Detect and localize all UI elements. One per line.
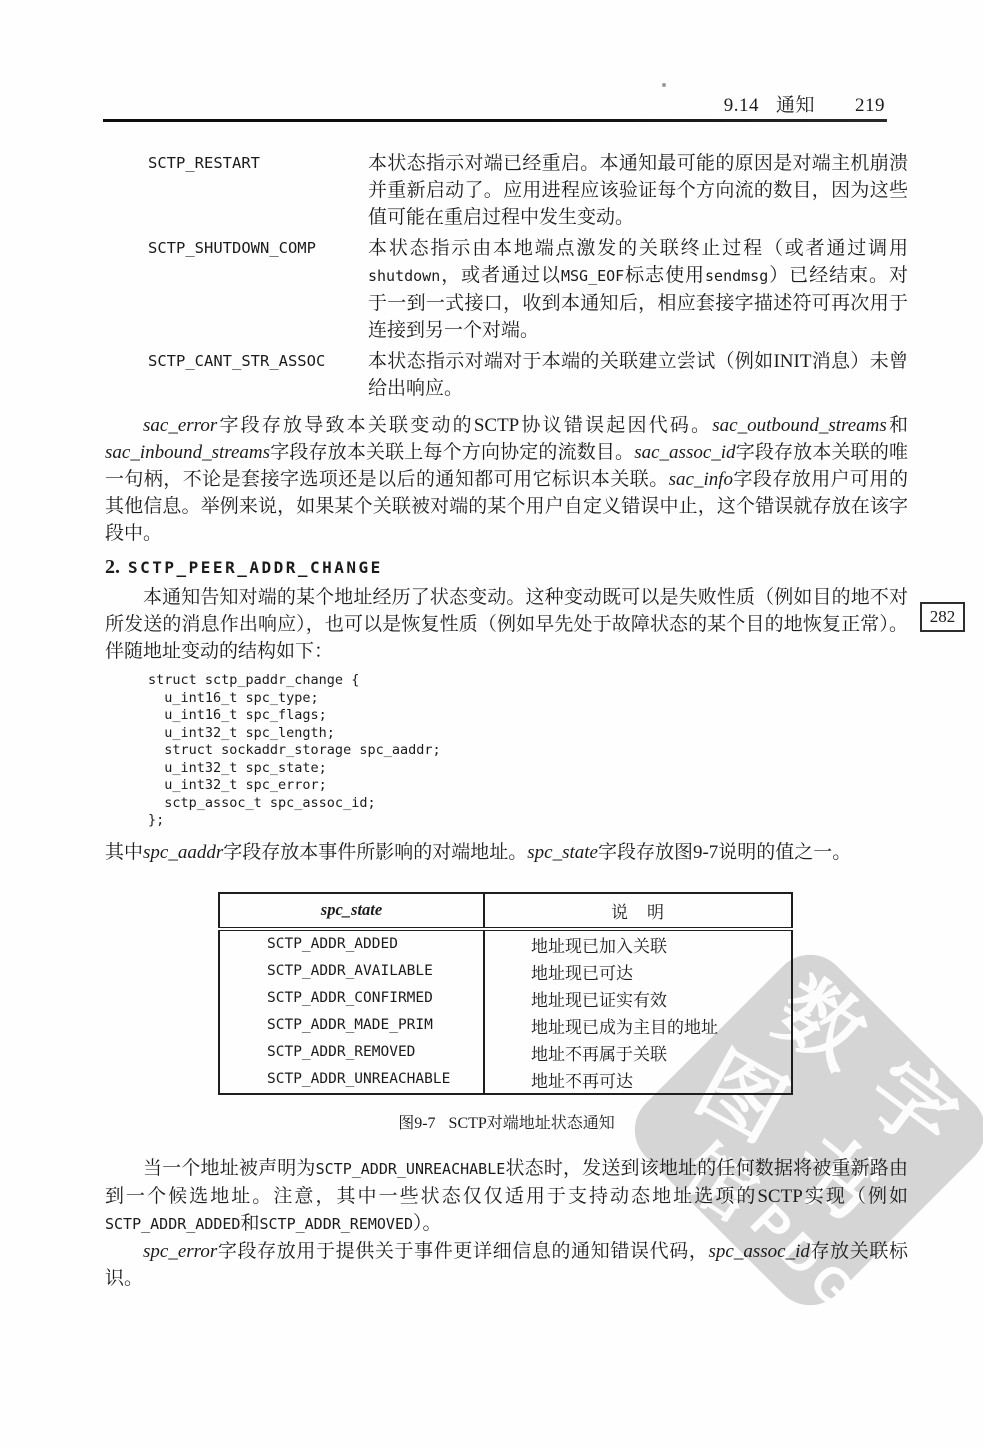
paragraph-spc-error: spc_error字段存放用于提供关于事件更详细信息的通知错误代码，spc_as… xyxy=(105,1238,908,1292)
table-header-spc-state: spc_state xyxy=(219,893,484,929)
table-header-row: spc_state 说 明 xyxy=(219,893,792,929)
table-cell-state: SCTP_ADDR_UNREACHABLE xyxy=(219,1066,484,1094)
margin-page-marker: 282 xyxy=(920,602,965,632)
table-row: SCTP_ADDR_UNREACHABLE 地址不再可达 xyxy=(219,1066,792,1094)
section-number: 9.14 xyxy=(724,95,759,117)
paragraph-spc-aaddr: 其中spc_aaddr字段存放本事件所影响的对端地址。spc_state字段存放… xyxy=(105,839,908,866)
figure-caption-text: SCTP对端地址状态通知 xyxy=(449,1115,615,1132)
paragraph-unreachable: 当一个地址被声明为SCTP_ADDR_UNREACHABLE状态时，发送到该地址… xyxy=(105,1155,908,1238)
margin-page-number: 282 xyxy=(930,607,956,627)
table-cell-description: 地址不再属于关联 xyxy=(484,1039,792,1066)
definition-term: SCTP_RESTART xyxy=(105,150,368,231)
table-cell-state: SCTP_ADDR_REMOVED xyxy=(219,1039,484,1066)
code-struct-sctp-paddr-change: struct sctp_paddr_change { u_int16_t spc… xyxy=(148,672,908,830)
paragraph-sac-fields: sac_error字段存放导致本关联变动的SCTP协议错误起因代码。sac_ou… xyxy=(105,412,908,547)
paragraph-peer-addr-change: 本通知告知对端的某个地址经历了状态变动。这种变动既可以是失败性质（例如目的地不对… xyxy=(105,584,908,665)
heading-number: 2. xyxy=(105,556,120,579)
scan-speck xyxy=(662,83,666,87)
table-header: spc_state 说 明 xyxy=(219,893,792,929)
definition-term: SCTP_CANT_STR_ASSOC xyxy=(105,348,368,402)
table-body: SCTP_ADDR_ADDED 地址现已加入关联 SCTP_ADDR_AVAIL… xyxy=(219,929,792,1094)
notification-definitions: SCTP_RESTART 本状态指示对端已经重启。本通知最可能的原因是对端主机崩… xyxy=(105,150,908,402)
book-page: 9.14 通知 219 282 数 字 图 书 馆 PDG SCTP_RESTA… xyxy=(0,0,983,1447)
table-cell-description: 地址现已证实有效 xyxy=(484,985,792,1012)
page-header: 9.14 通知 219 xyxy=(724,90,885,117)
definition-description: 本状态指示对端对于本端的关联建立尝试（例如INIT消息）未曾给出响应。 xyxy=(368,348,908,402)
table-row: SCTP_ADDR_AVAILABLE 地址现已可达 xyxy=(219,958,792,985)
table-cell-description: 地址现已加入关联 xyxy=(484,929,792,958)
heading-label: SCTP_PEER_ADDR_CHANGE xyxy=(128,558,383,577)
definition-description: 本状态指示由本地端点激发的关联终止过程（或者通过调用shutdown，或者通过以… xyxy=(368,235,908,344)
figure-caption: 图9-7SCTP对端地址状态通知 xyxy=(105,1110,908,1133)
definition-row: SCTP_CANT_STR_ASSOC 本状态指示对端对于本端的关联建立尝试（例… xyxy=(105,348,908,402)
page-body: SCTP_RESTART 本状态指示对端已经重启。本通知最可能的原因是对端主机崩… xyxy=(105,150,908,1292)
table-cell-description: 地址现已成为主目的地址 xyxy=(484,1012,792,1039)
table-row: SCTP_ADDR_REMOVED 地址不再属于关联 xyxy=(219,1039,792,1066)
section-title: 通知 xyxy=(776,90,815,117)
table-cell-state: SCTP_ADDR_ADDED xyxy=(219,929,484,958)
figure-9-7-table: spc_state 说 明 SCTP_ADDR_ADDED 地址现已加入关联 S… xyxy=(218,892,793,1095)
table-row: SCTP_ADDR_CONFIRMED 地址现已证实有效 xyxy=(219,985,792,1012)
figure-caption-label: 图9-7 xyxy=(398,1115,435,1132)
table-cell-description: 地址现已可达 xyxy=(484,958,792,985)
page-number: 219 xyxy=(855,95,885,117)
table-cell-state: SCTP_ADDR_CONFIRMED xyxy=(219,985,484,1012)
section-heading-peer-addr-change: 2. SCTP_PEER_ADDR_CHANGE xyxy=(105,556,908,579)
table-cell-state: SCTP_ADDR_MADE_PRIM xyxy=(219,1012,484,1039)
header-rule xyxy=(103,119,887,122)
definition-row: SCTP_SHUTDOWN_COMP 本状态指示由本地端点激发的关联终止过程（或… xyxy=(105,235,908,344)
table-row: SCTP_ADDR_ADDED 地址现已加入关联 xyxy=(219,929,792,958)
table-cell-state: SCTP_ADDR_AVAILABLE xyxy=(219,958,484,985)
definition-description: 本状态指示对端已经重启。本通知最可能的原因是对端主机崩溃并重新启动了。应用进程应… xyxy=(368,150,908,231)
table-header-description: 说 明 xyxy=(484,893,792,929)
definition-row: SCTP_RESTART 本状态指示对端已经重启。本通知最可能的原因是对端主机崩… xyxy=(105,150,908,231)
definition-term: SCTP_SHUTDOWN_COMP xyxy=(105,235,368,344)
table-row: SCTP_ADDR_MADE_PRIM 地址现已成为主目的地址 xyxy=(219,1012,792,1039)
table-cell-description: 地址不再可达 xyxy=(484,1066,792,1094)
